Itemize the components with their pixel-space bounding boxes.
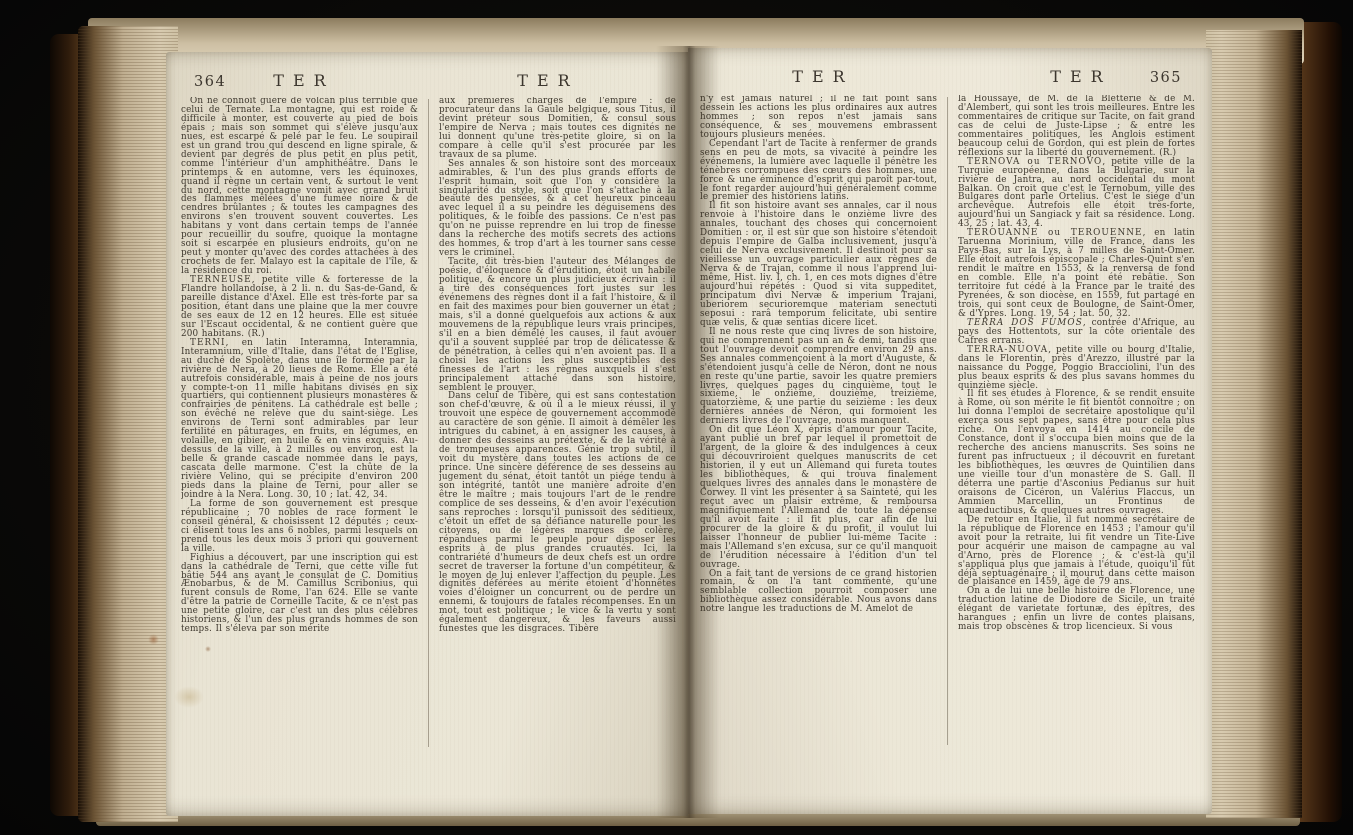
text-column-1: On ne connoît guère de volcan plus terri… [181,97,418,751]
entry-headword: TERNI [190,338,226,348]
paragraph: n'y est jamais naturel ; il ne fait poin… [700,95,937,140]
page-edges-right [1206,30,1302,818]
right-page: 365 TER TER n'y est jamais naturel ; il … [688,48,1212,814]
paragraph: On dit que Léon X, épris d'amour pour Ta… [700,426,937,569]
book-photo: 364 TER TER On ne connoît guère de volca… [0,0,1353,835]
entry-headword: TERNEUSE [190,275,252,285]
column-rule [428,99,429,747]
paragraph: la Houssaye, de M. de la Bletterie & de … [958,95,1195,158]
text-columns: n'y est jamais naturel ; il ne fait poin… [700,95,1195,749]
paragraph: TERRA-NUOVA, petite ville ou bourg d'Ita… [958,346,1195,391]
paragraph: TEROUANNE ou TEROUENNE, en latin Taruenn… [958,229,1195,319]
running-head: TER [425,71,662,90]
text-column-4: la Houssaye, de M. de la Bletterie & de … [958,95,1195,749]
paragraph: Fighius a découvert, par une inscription… [181,554,418,635]
paragraph: TERNOVA ou TERNOVO, petite ville de la T… [958,158,1195,230]
text-column-3: n'y est jamais naturel ; il ne fait poin… [700,95,937,749]
paragraph: Cependant l'art de Tacite à renfermer de… [700,140,937,203]
paragraph: Tacite, dit très-bien l'auteur des Mélan… [439,258,676,392]
running-head: TER [700,67,937,86]
paragraph: Il fit ses études à Florence, & se rendi… [958,390,1195,515]
paragraph: La forme de son gouvernement est presque… [181,500,418,554]
paragraph: Il fit son histoire avant ses annales, c… [700,202,937,327]
paragraph: TERRA DOS FUMOS, contrée d'Afrique, au p… [958,319,1195,346]
paragraph: On a fait tant de versions de ce grand h… [700,570,937,615]
text-column-2: aux premières charges de l'empire : de p… [439,97,676,751]
paragraph: Dans celui de Tibère, qui est sans conte… [439,392,676,634]
paragraph: TERNEUSE, petite ville & forteresse de l… [181,276,418,339]
paragraph: On a de lui une belle histoire de Floren… [958,587,1195,632]
book-cover-right [1298,22,1342,822]
running-head: TER [958,67,1195,86]
left-page: 364 TER TER On ne connoît guère de volca… [166,52,688,816]
entry-headword: TERRA DOS FUMOS [967,318,1083,328]
entry-headword: TEROUANNE ou TEROUENNE [967,228,1143,238]
paragraph: Ses annales & son histoire sont des morc… [439,160,676,258]
paragraph: aux premières charges de l'empire : de p… [439,97,676,160]
column-rule [947,97,948,745]
entry-headword: TERNOVA ou TERNOVO [967,157,1102,167]
paragraph: On ne connoît guère de volcan plus terri… [181,97,418,276]
entry-headword: TERRA-NUOVA [967,345,1048,355]
text-columns: On ne connoît guère de volcan plus terri… [181,97,676,751]
paragraph: TERNI, en latin Interamna, Interamnia, I… [181,339,418,500]
paragraph: Il ne nous reste que cinq livres de son … [700,328,937,426]
page-edges-left [78,26,178,822]
paragraph: De retour en Italie, il fut nommé secrét… [958,516,1195,588]
running-head: TER [181,71,418,90]
